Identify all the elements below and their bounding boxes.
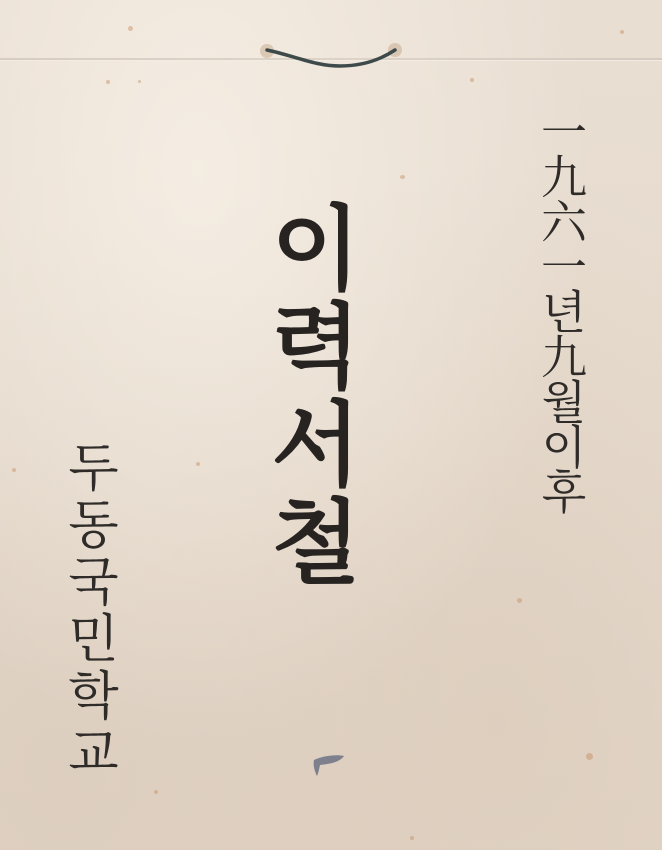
- stain: [138, 80, 141, 83]
- stain: [106, 80, 110, 84]
- stain: [586, 753, 593, 760]
- stain: [128, 26, 133, 31]
- stain: [12, 468, 16, 472]
- document-cover: 一九六一년九월이후 이력서철 두동국민학교: [0, 0, 662, 850]
- stain: [620, 30, 624, 34]
- stain: [196, 462, 200, 466]
- stain: [154, 790, 158, 794]
- stain: [517, 598, 522, 603]
- school-name: 두동국민학교: [62, 440, 114, 782]
- binding-string: [255, 38, 415, 78]
- date-text: 一九六一년九월이후: [538, 108, 584, 513]
- stain: [400, 175, 405, 179]
- ink-mark: [310, 752, 350, 782]
- stain: [470, 78, 474, 82]
- stain: [410, 836, 414, 840]
- document-title: 이력서철: [262, 200, 354, 592]
